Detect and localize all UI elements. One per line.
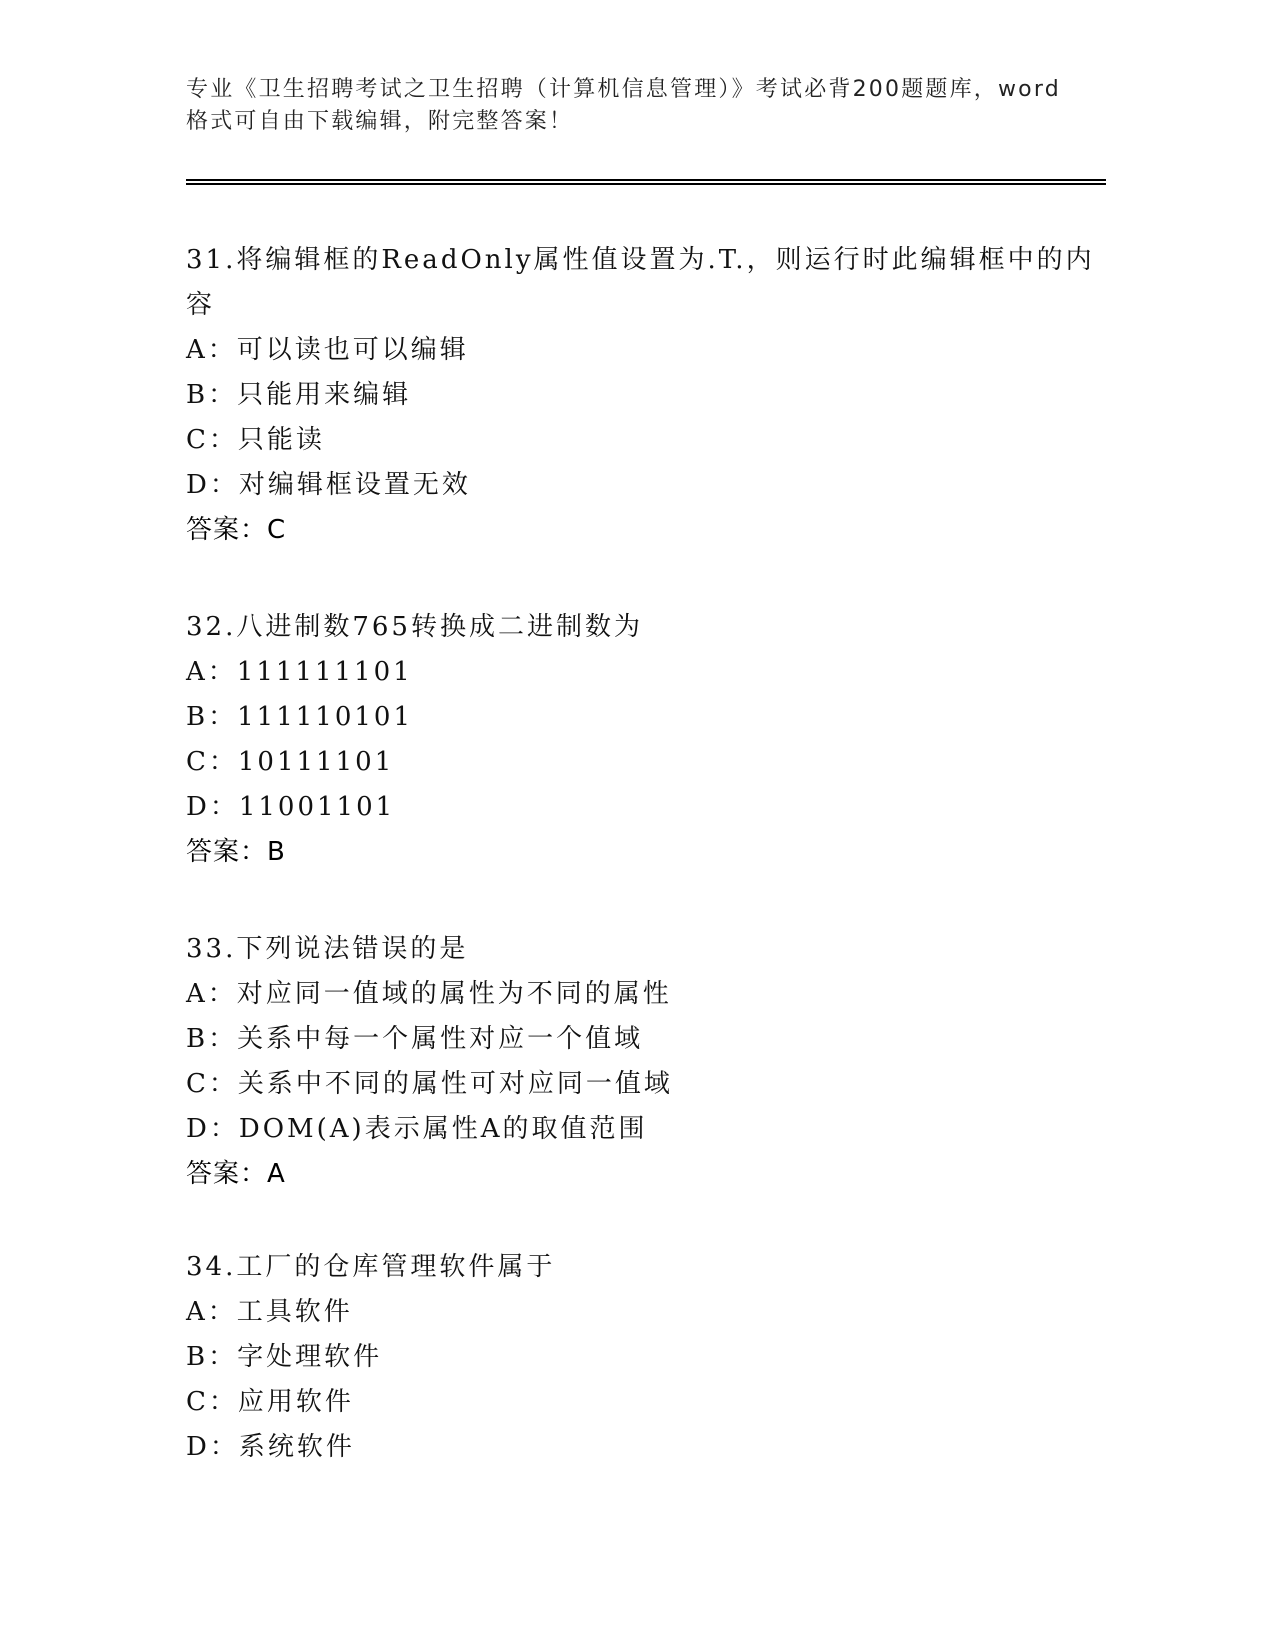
option-b: B：111110101 [186,704,413,730]
option-b: B：只能用来编辑 [186,382,411,408]
option-d: D：11001101 [186,794,395,820]
question-title: 31.将编辑框的ReadOnly属性值设置为.T.，则运行时此编辑框中的内 [186,247,1095,273]
header-divider-top [186,179,1106,181]
answer: 答案：A [186,1161,286,1187]
answer: 答案：C [186,517,286,543]
option-d: D：对编辑框设置无效 [186,472,471,498]
option-c: C：关系中不同的属性可对应同一值域 [186,1071,673,1097]
header-line-1: 专业《卫生招聘考试之卫生招聘（计算机信息管理）》考试必背200题题库，word [186,79,1061,101]
option-b: B：字处理软件 [186,1344,382,1370]
option-c: C：只能读 [186,427,325,453]
question-title: 33.下列说法错误的是 [186,936,468,962]
option-a: A：111111101 [186,659,413,685]
answer: 答案：B [186,839,286,865]
question-title-continued: 容 [186,292,215,318]
option-c: C：应用软件 [186,1389,354,1415]
option-d: D：系统软件 [186,1434,355,1460]
option-d: D：DOM(A)表示属性A的取值范围 [186,1116,647,1142]
question-title: 32.八进制数765转换成二进制数为 [186,614,643,640]
option-c: C：10111101 [186,749,394,775]
header-line-2: 格式可自由下载编辑，附完整答案！ [186,111,573,133]
option-a: A：对应同一值域的属性为不同的属性 [186,981,672,1007]
option-a: A：可以读也可以编辑 [186,337,469,363]
option-a: A：工具软件 [186,1299,353,1325]
header-divider-bottom [186,183,1106,185]
option-b: B：关系中每一个属性对应一个值域 [186,1026,643,1052]
question-title: 34.工厂的仓库管理软件属于 [186,1254,555,1280]
